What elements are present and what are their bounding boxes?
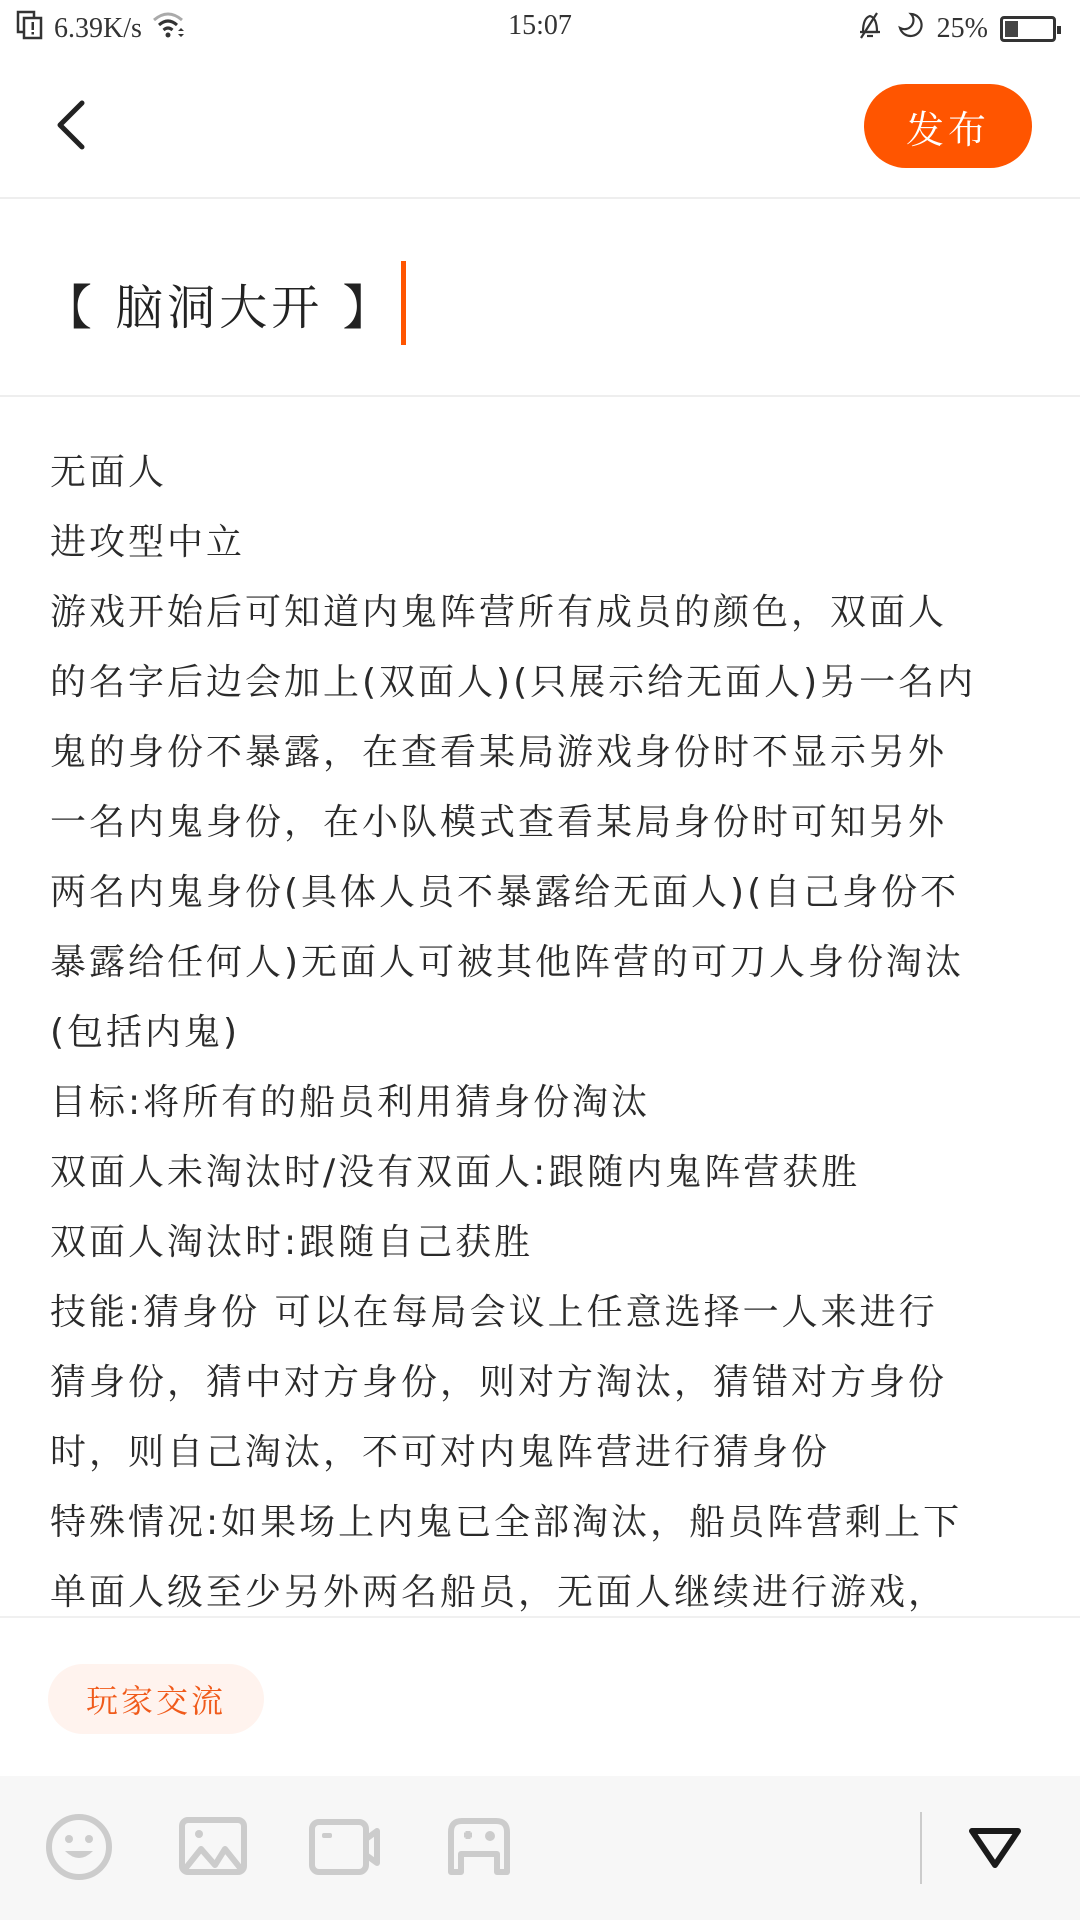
video-button[interactable] (310, 1814, 380, 1884)
game-icon (448, 1818, 510, 1880)
body-line: 技能:猜身份 可以在每局会议上任意选择一人来进行 (50, 1278, 1040, 1348)
video-icon (309, 1819, 381, 1879)
body-line: (包括内鬼) (50, 998, 1040, 1068)
body-line: 进攻型中立 (50, 508, 1040, 578)
battery-icon (1000, 16, 1056, 42)
top-bar: 发布 (0, 56, 1080, 199)
triangle-down-icon (967, 1825, 1023, 1873)
tag-area: 玩家交流 (0, 1620, 1080, 1776)
collapse-button[interactable] (960, 1814, 1030, 1884)
status-right: 25% (855, 10, 1062, 48)
body-line: 双面人淘汰时:跟随自己获胜 (50, 1208, 1040, 1278)
publish-button[interactable]: 发布 (864, 84, 1032, 168)
body-line: 猜身份，猜中对方身份，则对方淘汰，猜错对方身份 (50, 1348, 1040, 1418)
emoji-button[interactable] (44, 1814, 114, 1884)
back-button[interactable] (40, 92, 100, 162)
body-line: 双面人未淘汰时/没有双面人:跟随内鬼阵营获胜 (50, 1138, 1040, 1208)
post-body[interactable]: 无面人 进攻型中立 游戏开始后可知道内鬼阵营所有成员的颜色，双面人 的名字后边会… (50, 438, 1040, 1618)
emoji-icon (45, 1813, 113, 1885)
text-cursor (401, 261, 406, 345)
body-line: 一名内鬼身份，在小队模式查看某局身份时可知另外 (50, 788, 1040, 858)
moon-icon (897, 11, 925, 47)
chevron-left-icon (52, 99, 88, 155)
body-line: 无面人 (50, 438, 1040, 508)
battery-percent: 25% (937, 13, 988, 45)
title-field[interactable]: 【 脑洞大开 】 (44, 261, 406, 345)
bottom-toolbar (0, 1776, 1080, 1920)
toolbar-divider (920, 1812, 922, 1884)
game-button[interactable] (444, 1814, 514, 1884)
title-input[interactable]: 【 脑洞大开 】 (0, 201, 1080, 397)
body-line: 的名字后边会加上(双面人)(只展示给无面人)另一名内 (50, 648, 1040, 718)
image-button[interactable] (178, 1814, 248, 1884)
body-line: 单面人级至少另外两名船员，无面人继续进行游戏， (50, 1558, 1040, 1618)
status-bar: 6.39K/s 15:07 25% (0, 0, 1080, 56)
image-icon (179, 1817, 247, 1881)
mute-bell-icon (855, 10, 885, 48)
body-line: 特殊情况:如果场上内鬼已全部淘汰，船员阵营剩上下 (50, 1488, 1040, 1558)
body-line: 时，则自己淘汰，不可对内鬼阵营进行猜身份 (50, 1418, 1040, 1488)
body-line: 暴露给任何人)无面人可被其他阵营的可刀人身份淘汰 (50, 928, 1040, 998)
content-editor[interactable]: 无面人 进攻型中立 游戏开始后可知道内鬼阵营所有成员的颜色，双面人 的名字后边会… (0, 400, 1080, 1618)
body-line: 鬼的身份不暴露，在查看某局游戏身份时不显示另外 (50, 718, 1040, 788)
body-line: 游戏开始后可知道内鬼阵营所有成员的颜色，双面人 (50, 578, 1040, 648)
body-line: 目标:将所有的船员利用猜身份淘汰 (50, 1068, 1040, 1138)
battery-level (1005, 21, 1018, 37)
post-title: 【 脑洞大开 】 (44, 269, 395, 338)
body-line: 两名内鬼身份(具体人员不暴露给无面人)(自己身份不 (50, 858, 1040, 928)
topic-tag-chip[interactable]: 玩家交流 (48, 1664, 264, 1734)
